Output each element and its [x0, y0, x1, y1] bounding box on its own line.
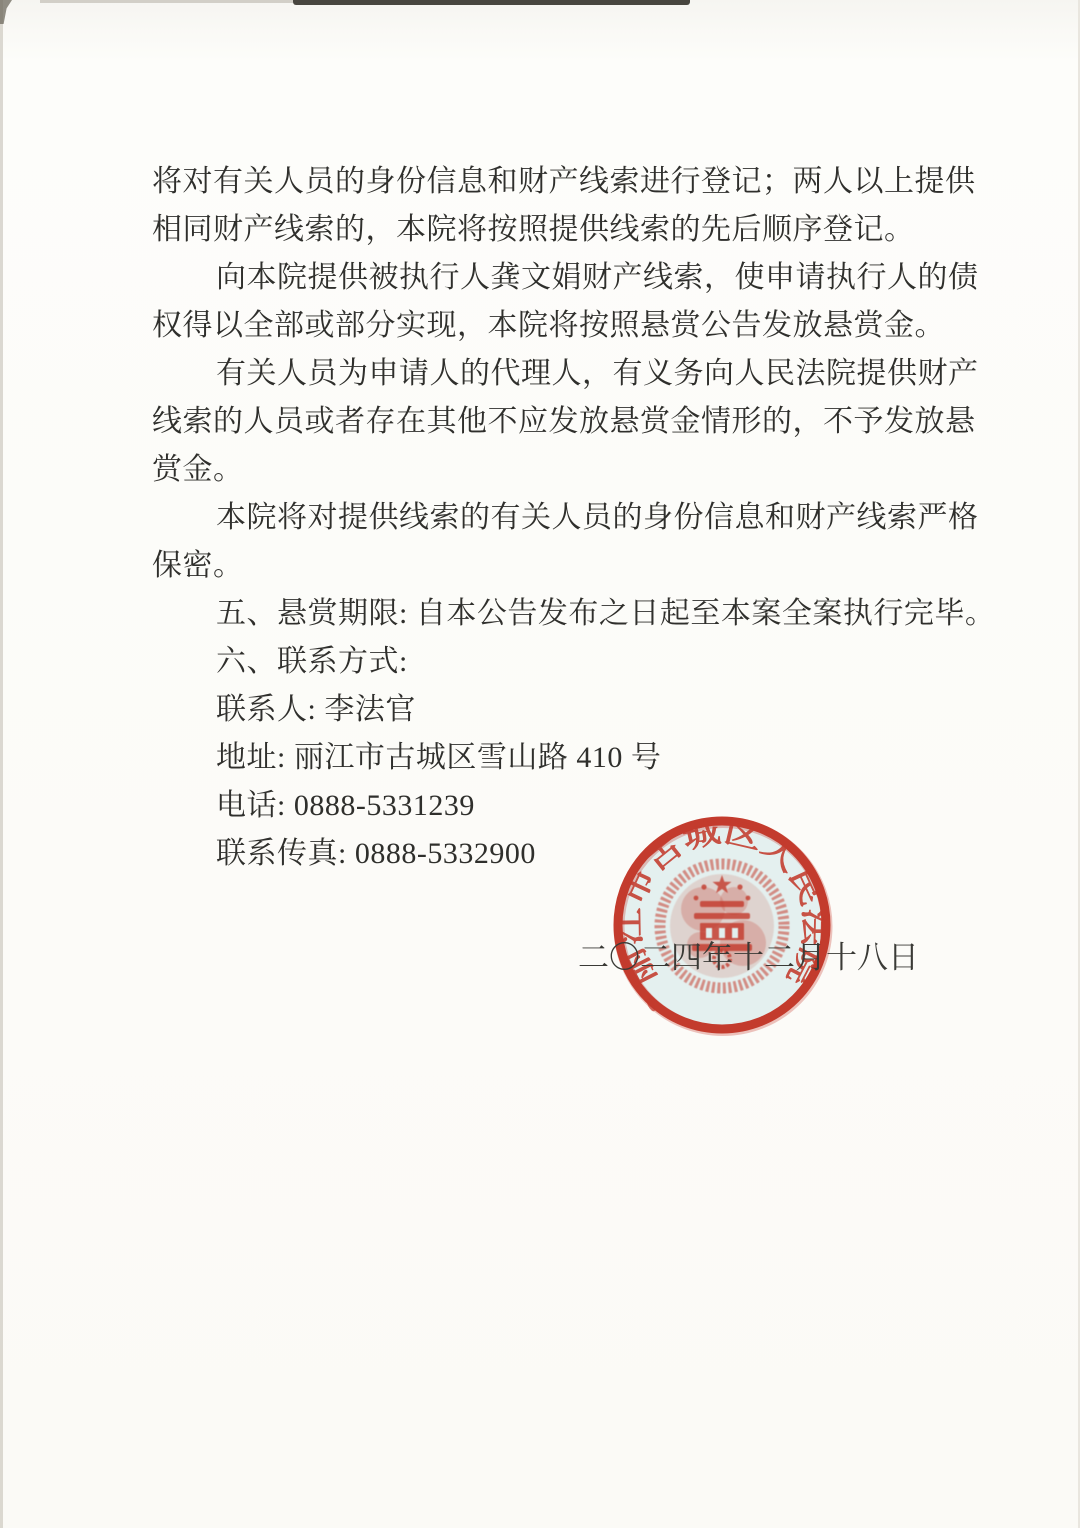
- text-line: 保密。: [152, 542, 992, 590]
- text-line: 本院将对提供线索的有关人员的身份信息和财产线索严格: [152, 494, 992, 542]
- scanned-page: 将对有关人员的身份信息和财产线索进行登记；两人以上提供相同财产线索的，本院将按照…: [0, 0, 1080, 1528]
- scan-edge-left: [0, 0, 3, 1528]
- text-line: 电话: 0888-5331239: [152, 782, 992, 830]
- document-body: 将对有关人员的身份信息和财产线索进行登记；两人以上提供相同财产线索的，本院将按照…: [152, 158, 992, 878]
- text-line: 相同财产线索的，本院将按照提供线索的先后顺序登记。: [152, 206, 992, 254]
- text-line: 联系传真: 0888-5332900: [152, 830, 992, 878]
- text-line: 线索的人员或者存在其他不应发放悬赏金情形的，不予发放悬: [152, 398, 992, 446]
- text-line: 权得以全部或部分实现，本院将按照悬赏公告发放悬赏金。: [152, 302, 992, 350]
- text-line: 五、悬赏期限: 自本公告发布之日起至本案全案执行完毕。: [152, 590, 992, 638]
- text-line: 向本院提供被执行人龚文娟财产线索，使申请执行人的债: [152, 254, 992, 302]
- issue-date: 二〇二四年十二月十八日: [578, 934, 919, 982]
- text-line: 地址: 丽江市古城区雪山路 410 号: [152, 734, 992, 782]
- court-seal: 丽江市古城区人民法院: [602, 805, 842, 1045]
- text-line: 将对有关人员的身份信息和财产线索进行登记；两人以上提供: [152, 158, 992, 206]
- text-line: 六、联系方式:: [152, 638, 992, 686]
- text-line: 有关人员为申请人的代理人，有义务向人民法院提供财产: [152, 350, 992, 398]
- text-line: 联系人: 李法官: [152, 686, 992, 734]
- scan-corner-smudge: [0, 0, 12, 24]
- text-line: 赏金。: [152, 446, 992, 494]
- scan-edge-top-faint: [40, 0, 293, 3]
- scan-edge-top: [293, 0, 690, 5]
